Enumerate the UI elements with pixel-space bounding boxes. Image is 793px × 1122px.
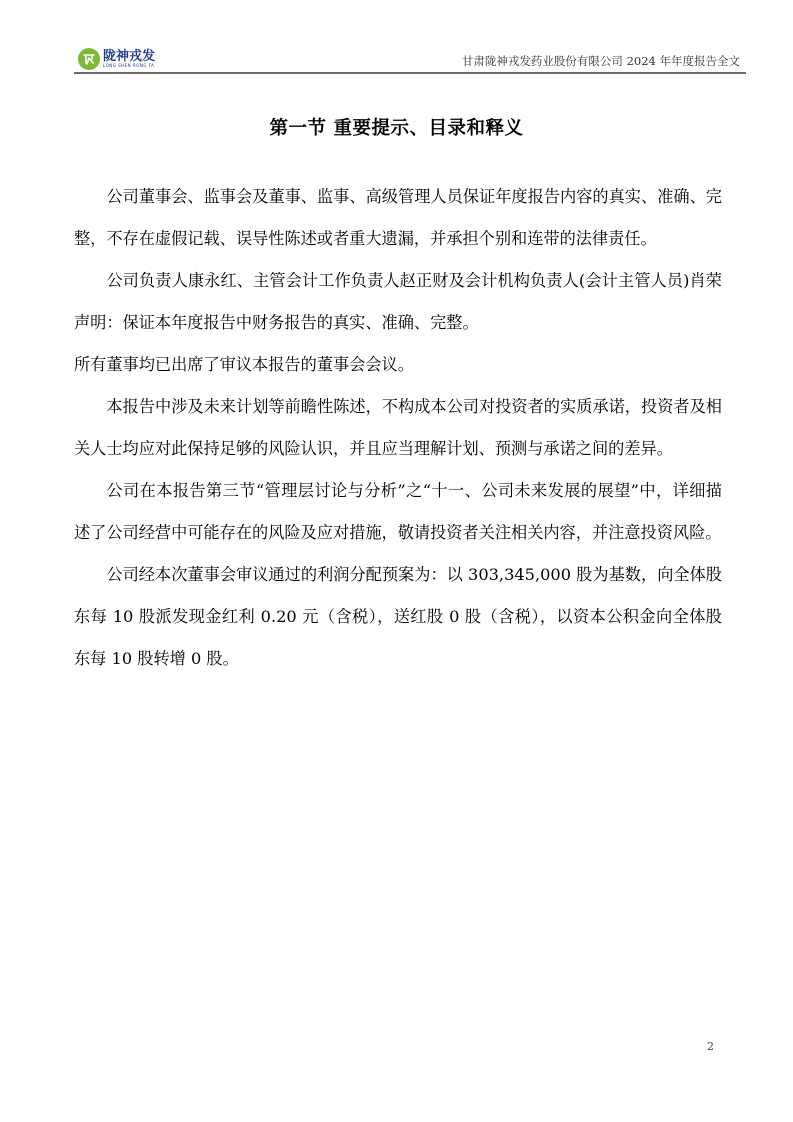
paragraph-responsibility: 公司董事会、监事会及董事、监事、高级管理人员保证年度报告内容的真实、准确、完整，… bbox=[74, 176, 722, 260]
company-logo: 陇神戎发 LONG SHEN RONG FA bbox=[78, 48, 155, 70]
document-body: 公司董事会、监事会及董事、监事、高级管理人员保证年度报告内容的真实、准确、完整，… bbox=[74, 176, 722, 680]
paragraph-board-attendance: 所有董事均已出席了审议本报告的董事会会议。 bbox=[74, 344, 722, 386]
paragraph-risk-notice: 公司在本报告第三节“管理层讨论与分析”之“十一、公司未来发展的展望”中，详细描述… bbox=[74, 470, 722, 554]
company-logo-icon bbox=[78, 48, 100, 70]
paragraph-forward-looking: 本报告中涉及未来计划等前瞻性陈述，不构成本公司对投资者的实质承诺，投资者及相关人… bbox=[74, 386, 722, 470]
logo-name-cn: 陇神戎发 bbox=[103, 50, 155, 63]
page-number: 2 bbox=[707, 1040, 714, 1053]
paragraph-profit-distribution: 公司经本次董事会审议通过的利润分配预案为：以 303,345,000 股为基数，… bbox=[74, 554, 722, 680]
page-header: 陇神戎发 LONG SHEN RONG FA 甘肃陇神戎发药业股份有限公司 20… bbox=[74, 46, 746, 74]
header-divider bbox=[74, 72, 746, 74]
logo-name-en: LONG SHEN RONG FA bbox=[103, 64, 155, 68]
paragraph-financial-statement: 公司负责人康永红、主管会计工作负责人赵正财及会计机构负责人(会计主管人员)肖荣声… bbox=[74, 260, 722, 344]
section-title: 第一节 重要提示、目录和释义 bbox=[0, 114, 793, 140]
report-title: 甘肃陇神戎发药业股份有限公司 2024 年年度报告全文 bbox=[462, 53, 740, 69]
